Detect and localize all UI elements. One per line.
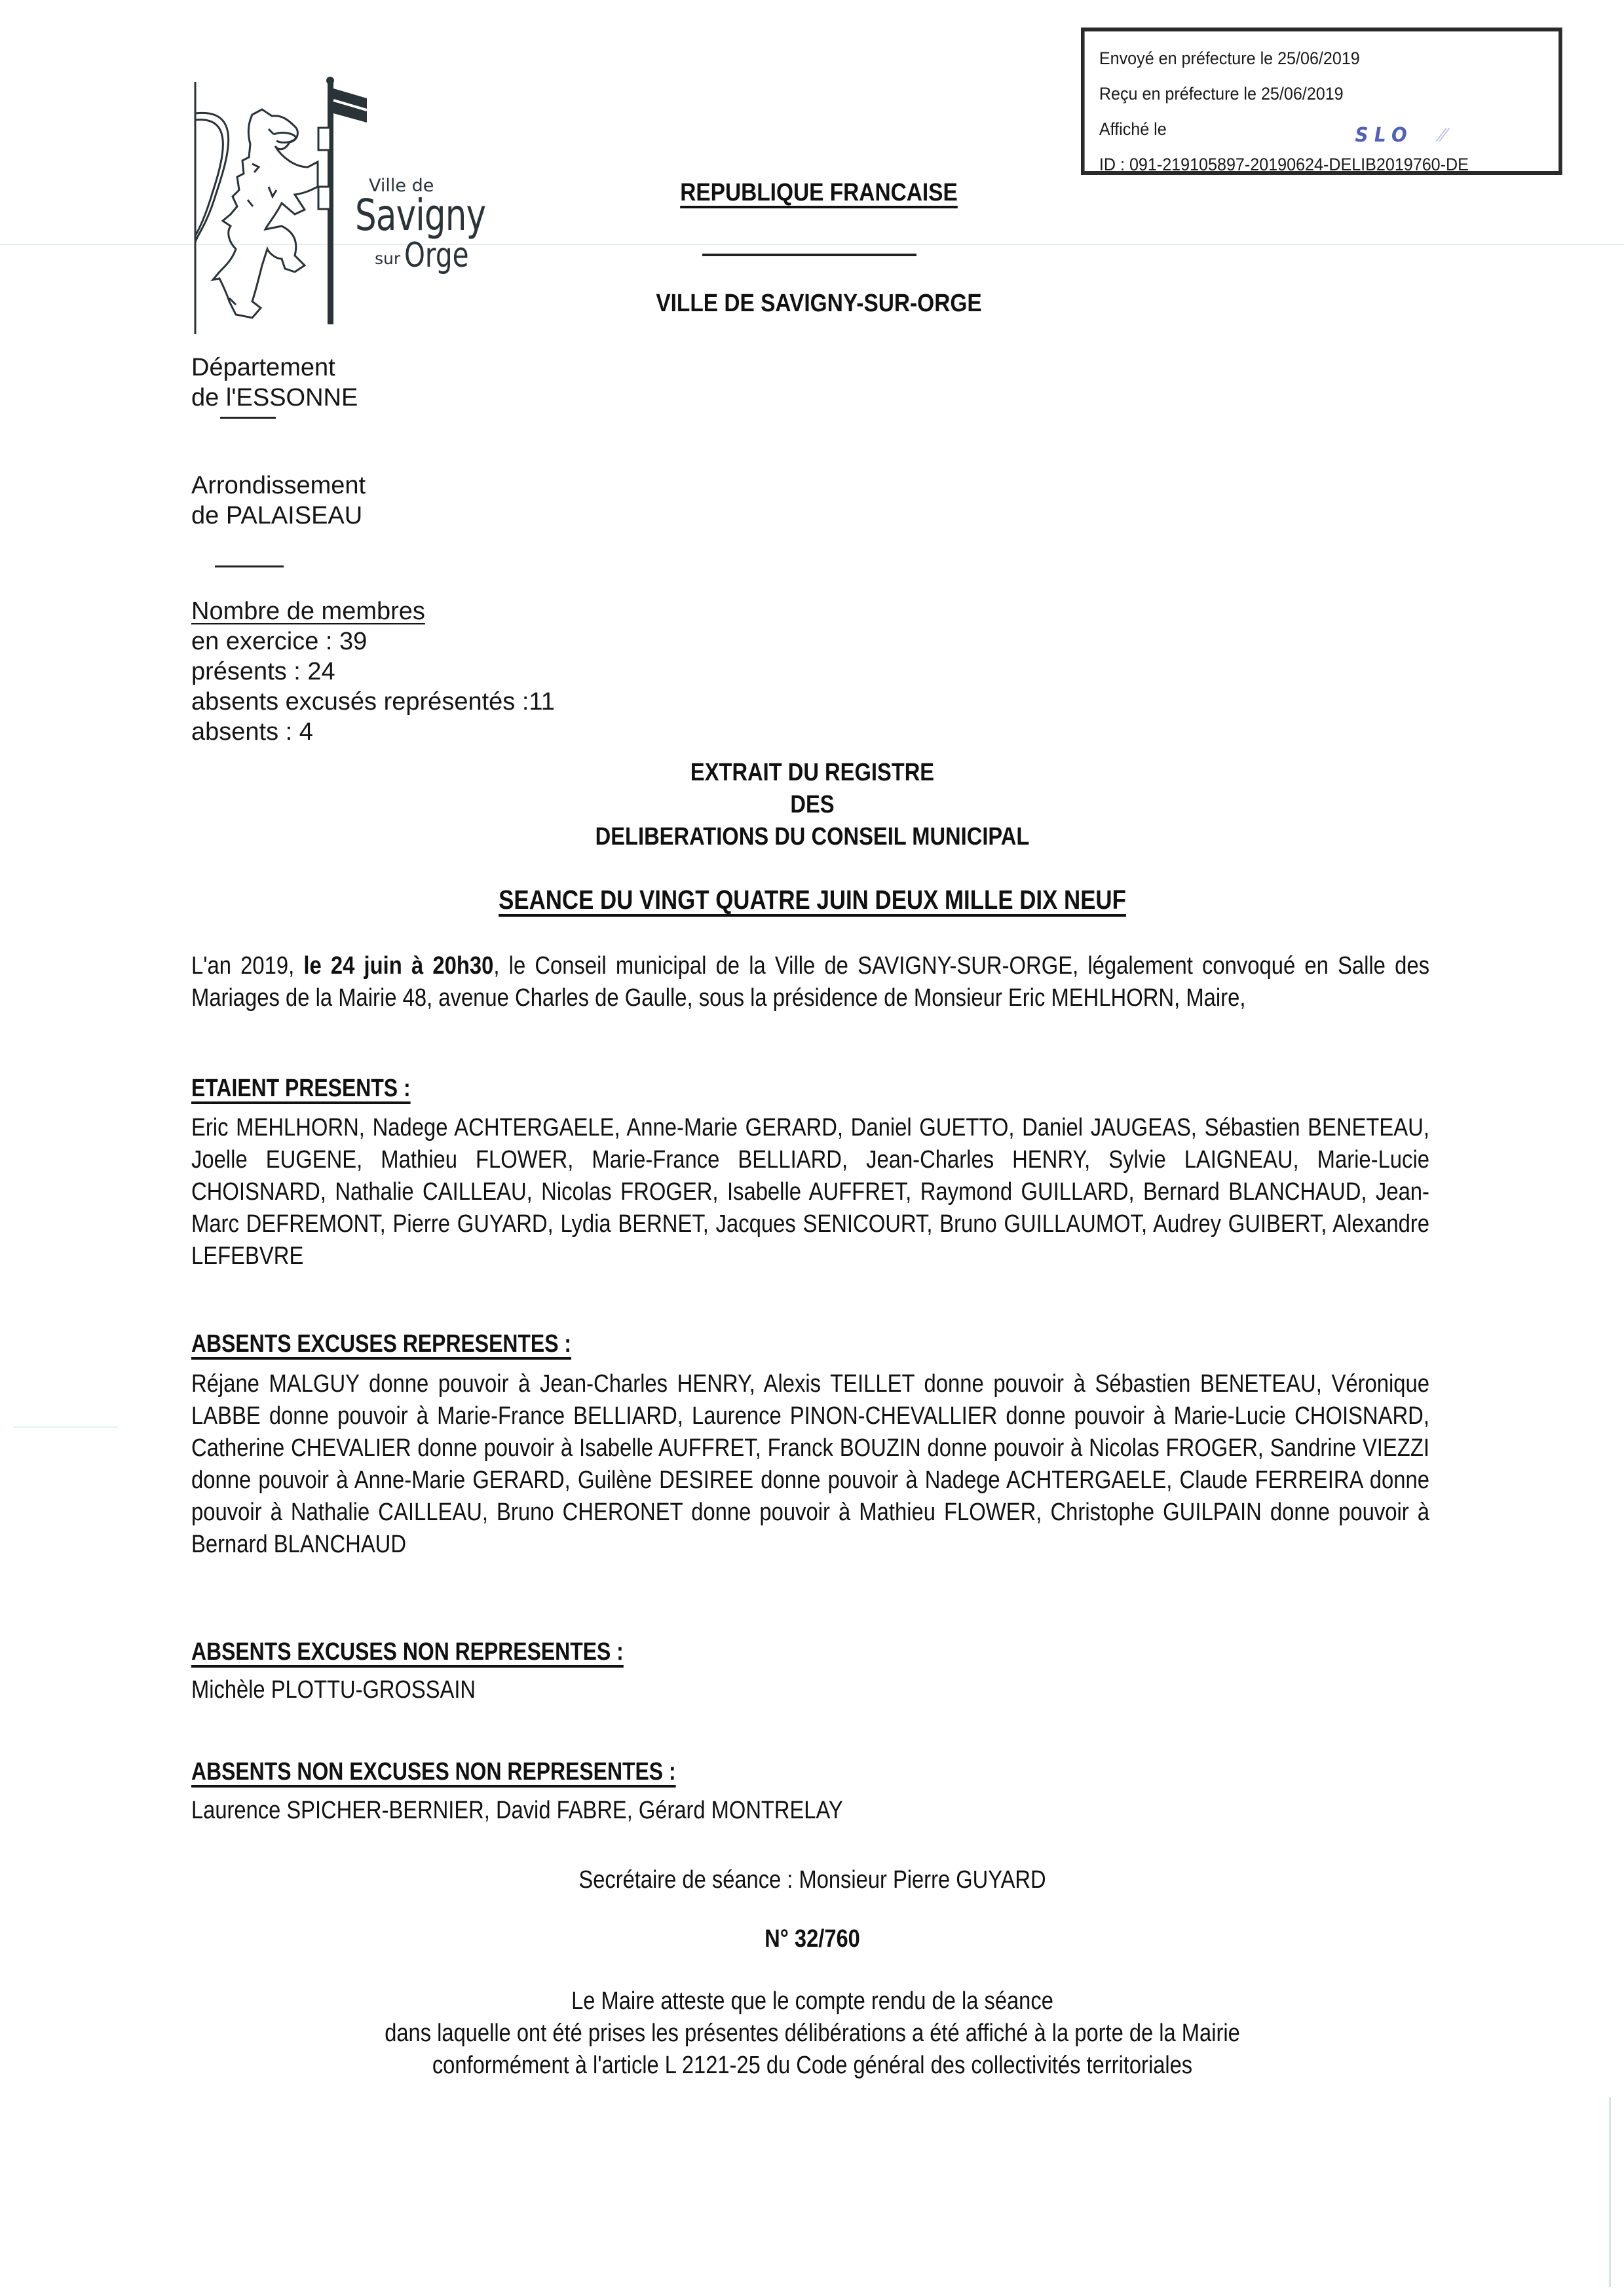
lion-with-flag-icon	[190, 69, 367, 337]
stamp-id: ID : 091-219105897-20190624-DELIB2019760…	[1099, 147, 1558, 182]
represented-heading: ABSENTS EXCUSES REPRESENTES :	[191, 1330, 571, 1358]
absent-heading: ABSENTS NON EXCUSES NON REPRESENTES :	[191, 1758, 676, 1786]
stamp-received: Reçu en préfecture le 25/06/2019	[1099, 76, 1558, 111]
department-value: de l'ESSONNE	[191, 383, 358, 413]
department-label: Département	[191, 353, 358, 383]
members-absent: absents : 4	[191, 717, 555, 747]
stamp-posted: Affiché le SLO ⁄⁄	[1099, 111, 1558, 147]
attestation-line-3: conformément à l'article L 2121-25 du Co…	[283, 2050, 1342, 2082]
logo-savigny: Savigny	[355, 190, 485, 240]
scan-artifact-line	[13, 1426, 118, 1428]
present-list-text: Eric MEHLHORN, Nadege ACHTERGAELE, Anne-…	[191, 1112, 1429, 1272]
scan-artifact-line	[1609, 2097, 1611, 2287]
arrondissement-value: de PALAISEAU	[191, 501, 366, 531]
arrondissement-label: Arrondissement	[191, 470, 366, 501]
department-divider	[220, 417, 276, 419]
members-block: Nombre de membres en exercice : 39 prése…	[191, 596, 555, 747]
deliberation-number: N° 32/760	[283, 1923, 1342, 1955]
members-present: présents : 24	[191, 657, 555, 687]
intro-paragraph: L'an 2019, le 24 juin à 20h30, le Consei…	[191, 950, 1429, 1014]
stamp-posted-label: Affiché le	[1099, 119, 1167, 139]
registry-title: EXTRAIT DU REGISTRE DES DELIBERATIONS DU…	[508, 757, 1117, 853]
seance-title: SEANCE DU VINGT QUATRE JUIN DEUX MILLE D…	[434, 885, 1191, 915]
department-block: Département de l'ESSONNE	[191, 353, 358, 413]
registry-line-3: DELIBERATIONS DU CONSEIL MUNICIPAL	[508, 821, 1117, 853]
absent-list: Laurence SPICHER-BERNIER, David FABRE, G…	[191, 1797, 843, 1825]
members-in-office: en exercice : 39	[191, 626, 555, 657]
secretary-line: Secrétaire de séance : Monsieur Pierre G…	[283, 1864, 1342, 1896]
republic-title: REPUBLIQUE FRANCAISE	[559, 179, 1078, 207]
registry-line-1: EXTRAIT DU REGISTRE	[508, 757, 1117, 789]
registry-line-2: DES	[508, 789, 1117, 821]
intro-date: le 24 juin à 20h30	[303, 952, 493, 980]
present-heading: ETAIENT PRESENTS :	[191, 1075, 411, 1103]
attestation-line-2: dans laquelle ont été prises les présent…	[283, 2018, 1342, 2050]
city-title: VILLE DE SAVIGNY-SUR-ORGE	[559, 290, 1078, 318]
present-list: Eric MEHLHORN, Nadege ACHTERGAELE, Anne-…	[191, 1112, 1429, 1272]
represented-list: Réjane MALGUY donne pouvoir à Jean-Charl…	[191, 1368, 1429, 1561]
excused-heading: ABSENTS EXCUSES NON REPRESENTES :	[191, 1638, 624, 1666]
represented-list-text: Réjane MALGUY donne pouvoir à Jean-Charl…	[191, 1368, 1429, 1561]
members-represented: absents excusés représentés :11	[191, 687, 555, 717]
arrondissement-divider	[215, 565, 284, 567]
prefecture-stamp: Envoyé en préfecture le 25/06/2019 Reçu …	[1081, 28, 1562, 175]
header-divider	[702, 254, 916, 256]
attestation: Le Maire atteste que le compte rendu de …	[283, 1985, 1342, 2082]
intro-part-1: L'an 2019,	[191, 952, 303, 980]
attestation-line-1: Le Maire atteste que le compte rendu de …	[283, 1985, 1342, 2018]
stamp-sent: Envoyé en préfecture le 25/06/2019	[1099, 41, 1558, 76]
city-logo: Ville de Savigny sur Orge	[190, 69, 498, 337]
logo-orge: Orge	[404, 236, 469, 275]
arrondissement-block: Arrondissement de PALAISEAU	[191, 470, 366, 531]
members-title: Nombre de membres	[191, 596, 555, 626]
logo-sur: sur	[375, 249, 400, 268]
excused-list: Michèle PLOTTU-GROSSAIN	[191, 1676, 476, 1704]
